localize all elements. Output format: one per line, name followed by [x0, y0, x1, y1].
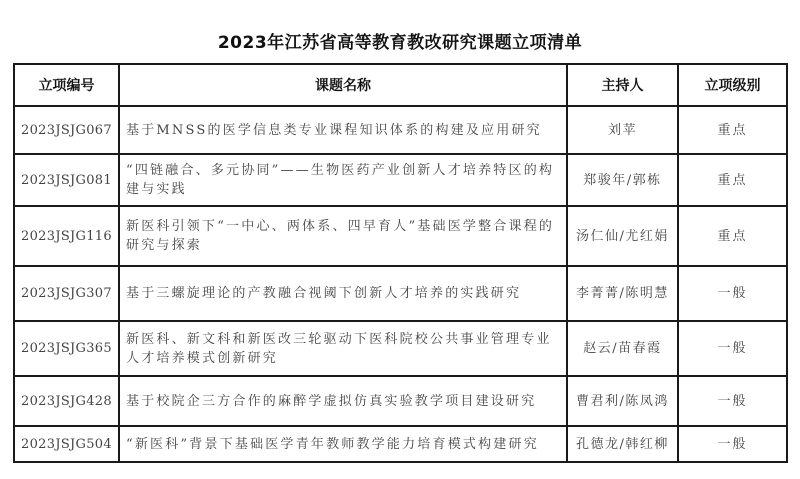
table-row: 2023JSJG067 基于MNSS的医学信息类专业课程知识体系的构建及应用研究…: [14, 106, 787, 154]
level-cell: 重点: [678, 106, 787, 154]
project-title-cell: 新医科、新文科和新医改三轮驱动下医科院校公共事业管理专业人才培养模式创新研究: [119, 321, 567, 376]
header-project-title: 课题名称: [119, 64, 567, 106]
project-id-cell: 2023JSJG307: [14, 266, 119, 321]
project-id-cell: 2023JSJG365: [14, 321, 119, 376]
host-cell: 汤仁仙/尤红娟: [567, 206, 678, 266]
level-cell: 一般: [678, 376, 787, 426]
level-cell: 一般: [678, 266, 787, 321]
project-title-cell: “新医科”背景下基础医学青年教师教学能力培育模式构建研究: [119, 426, 567, 462]
table-row: 2023JSJG428 基于校院企三方合作的麻醉学虚拟仿真实验教学项目建设研究 …: [14, 376, 787, 426]
host-cell: 刘苹: [567, 106, 678, 154]
level-cell: 重点: [678, 206, 787, 266]
level-cell: 一般: [678, 426, 787, 462]
project-title-cell: 新医科引领下“一中心、两体系、四早育人”基础医学整合课程的研究与探索: [119, 206, 567, 266]
host-cell: 李菁菁/陈明慧: [567, 266, 678, 321]
host-cell: 曹君利/陈凤鸿: [567, 376, 678, 426]
project-list-table: 立项编号 课题名称 主持人 立项级别 2023JSJG067 基于MNSS的医学…: [13, 63, 788, 463]
table-row: 2023JSJG307 基于三螺旋理论的产教融合视阈下创新人才培养的实践研究 李…: [14, 266, 787, 321]
host-cell: 孔德龙/韩红柳: [567, 426, 678, 462]
project-id-cell: 2023JSJG504: [14, 426, 119, 462]
header-level: 立项级别: [678, 64, 787, 106]
host-cell: 赵云/苗春霞: [567, 321, 678, 376]
project-id-cell: 2023JSJG428: [14, 376, 119, 426]
header-host: 主持人: [567, 64, 678, 106]
table-row: 2023JSJG504 “新医科”背景下基础医学青年教师教学能力培育模式构建研究…: [14, 426, 787, 462]
level-cell: 一般: [678, 321, 787, 376]
table-header-row: 立项编号 课题名称 主持人 立项级别: [14, 64, 787, 106]
table-row: 2023JSJG116 新医科引领下“一中心、两体系、四早育人”基础医学整合课程…: [14, 206, 787, 266]
level-cell: 重点: [678, 154, 787, 206]
project-id-cell: 2023JSJG116: [14, 206, 119, 266]
host-cell: 郑骏年/郭栋: [567, 154, 678, 206]
table-row: 2023JSJG365 新医科、新文科和新医改三轮驱动下医科院校公共事业管理专业…: [14, 321, 787, 376]
header-project-id: 立项编号: [14, 64, 119, 106]
project-title-cell: 基于三螺旋理论的产教融合视阈下创新人才培养的实践研究: [119, 266, 567, 321]
project-id-cell: 2023JSJG067: [14, 106, 119, 154]
table-row: 2023JSJG081 “四链融合、多元协同”——生物医药产业创新人才培养特区的…: [14, 154, 787, 206]
project-title-cell: 基于校院企三方合作的麻醉学虚拟仿真实验教学项目建设研究: [119, 376, 567, 426]
document-title: 2023年江苏省高等教育教改研究课题立项清单: [0, 28, 800, 53]
project-title-cell: “四链融合、多元协同”——生物医药产业创新人才培养特区的构建与实践: [119, 154, 567, 206]
project-title-cell: 基于MNSS的医学信息类专业课程知识体系的构建及应用研究: [119, 106, 567, 154]
project-id-cell: 2023JSJG081: [14, 154, 119, 206]
